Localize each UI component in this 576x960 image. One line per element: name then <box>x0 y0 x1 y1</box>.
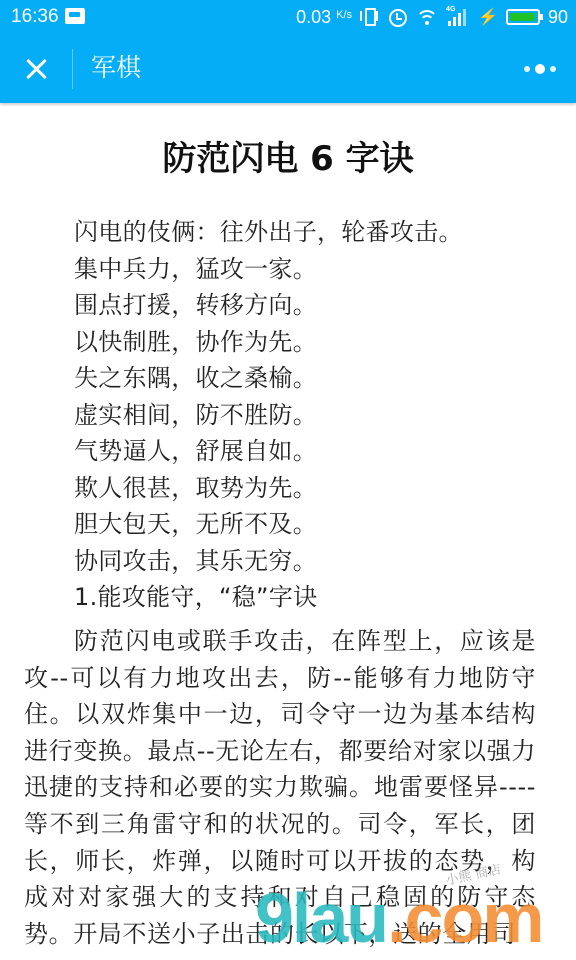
verse-line: 围点打援，转移方向。 <box>74 287 463 324</box>
status-icons: 0.03 K/s 4G ⚡ 90 <box>296 5 568 29</box>
verse-line: 以快制胜，协作为先。 <box>74 324 463 361</box>
signal-icon: 4G <box>446 7 470 27</box>
article-paragraph: 防范闪电或联手攻击，在阵型上，应该是攻--可以有力地攻出去，防--能够有力地防守… <box>24 623 536 952</box>
nav-divider <box>72 49 73 89</box>
battery-level: 90 <box>548 7 568 28</box>
verse-line: 协同攻击，其乐无穷。 <box>74 543 463 580</box>
close-icon[interactable] <box>18 52 54 86</box>
verse-line: 气势逼人，舒展自如。 <box>74 433 463 470</box>
vibrate-icon <box>360 8 380 26</box>
article-title: 防范闪电 6 字诀 <box>0 137 576 181</box>
more-dots-icon[interactable] <box>524 59 556 79</box>
status-bar: 16:36 0.03 K/s 4G ⚡ 90 <box>0 0 576 35</box>
top-nav-bar: 军棋 <box>0 35 576 103</box>
net-speed: 0.03 K/s <box>296 7 352 28</box>
status-time: 16:36 <box>11 5 59 29</box>
alarm-icon <box>388 7 408 27</box>
verse-line: 欺人很甚，取势为先。 <box>74 470 463 507</box>
verse-line: 虚实相间，防不胜防。 <box>74 397 463 434</box>
page-title: 军棋 <box>91 53 141 83</box>
verse-line: 集中兵力，猛攻一家。 <box>74 251 463 288</box>
wifi-icon <box>416 8 438 26</box>
charging-icon: ⚡ <box>478 7 498 27</box>
verse-list: 闪电的伎俩：往外出子，轮番攻击。 集中兵力，猛攻一家。 围点打援，转移方向。 以… <box>74 214 463 616</box>
verse-line: 胆大包天，无所不及。 <box>74 506 463 543</box>
section-heading: 1.能攻能守，“稳”字诀 <box>74 579 463 616</box>
battery-icon <box>506 9 540 25</box>
notification-icon <box>65 8 85 24</box>
verse-line: 闪电的伎俩：往外出子，轮番攻击。 <box>74 214 463 251</box>
verse-line: 失之东隅，收之桑榆。 <box>74 360 463 397</box>
